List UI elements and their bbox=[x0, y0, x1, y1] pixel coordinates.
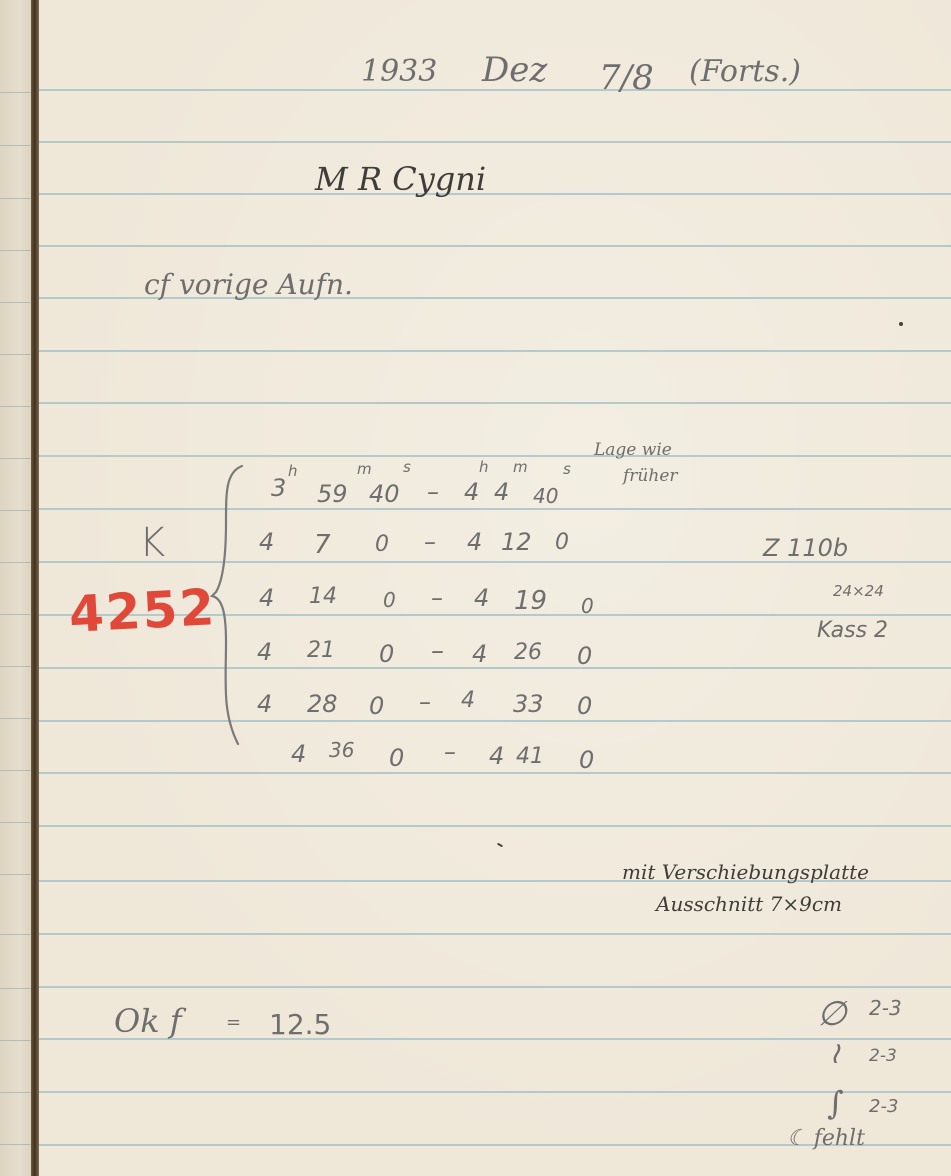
label-letter: K bbox=[139, 520, 165, 566]
ruled-line bbox=[39, 986, 951, 988]
ruled-line bbox=[39, 245, 951, 247]
eyepiece-label: Ok f bbox=[114, 1002, 182, 1040]
ruled-line bbox=[39, 402, 951, 404]
curly-brace-icon bbox=[204, 462, 244, 748]
eyepiece-value: 12.5 bbox=[269, 1008, 331, 1041]
header-month: Dez bbox=[482, 50, 547, 90]
eyepiece-equals: = bbox=[226, 1012, 241, 1033]
ruled-line bbox=[39, 508, 951, 510]
ruled-line bbox=[39, 720, 951, 722]
remark-text: cf vorige Aufn. bbox=[144, 268, 353, 301]
ruled-line bbox=[39, 667, 951, 669]
ruled-line bbox=[39, 1091, 951, 1093]
header-year: 1933 bbox=[361, 54, 437, 89]
seeing-icon: ∅ bbox=[817, 994, 847, 1034]
plate-type: Z 110b bbox=[763, 534, 848, 562]
plate-number: 4252 bbox=[68, 578, 218, 644]
moon-note: ☾ fehlt bbox=[787, 1126, 865, 1151]
notebook-spine bbox=[31, 0, 39, 1176]
condition-value: 2-3 bbox=[869, 996, 902, 1020]
scintillation-icon: ≀ bbox=[829, 1036, 840, 1071]
plate-size: 24×24 bbox=[833, 582, 884, 600]
cassette: Kass 2 bbox=[817, 618, 888, 643]
transparency-icon: ∫ bbox=[827, 1084, 844, 1122]
notebook-page: 1933 Dez 7/8 (Forts.) M R Cygni cf vorig… bbox=[39, 0, 951, 1176]
plate-note-line2: Ausschnitt 7×9cm bbox=[656, 892, 842, 916]
position-note-line2: früher bbox=[623, 466, 678, 486]
header-note: (Forts.) bbox=[689, 54, 801, 89]
object-name: M R Cygni bbox=[315, 160, 486, 198]
ruled-line bbox=[39, 772, 951, 774]
plate-note-line1: mit Verschiebungsplatte bbox=[622, 860, 869, 884]
ruled-line bbox=[39, 193, 951, 195]
ruled-line bbox=[39, 455, 951, 457]
condition-value: 2-3 bbox=[869, 1096, 898, 1117]
ruled-line bbox=[39, 825, 951, 827]
pencil-mark bbox=[497, 843, 503, 848]
ruled-line bbox=[39, 350, 951, 352]
condition-value: 2-3 bbox=[869, 1046, 897, 1066]
ruled-line bbox=[39, 933, 951, 935]
position-note-line1: Lage wie bbox=[594, 440, 672, 460]
header-day: 7/8 bbox=[599, 58, 654, 98]
ruled-line bbox=[39, 141, 951, 143]
previous-page-edge bbox=[0, 0, 34, 1176]
pencil-mark bbox=[899, 322, 903, 326]
